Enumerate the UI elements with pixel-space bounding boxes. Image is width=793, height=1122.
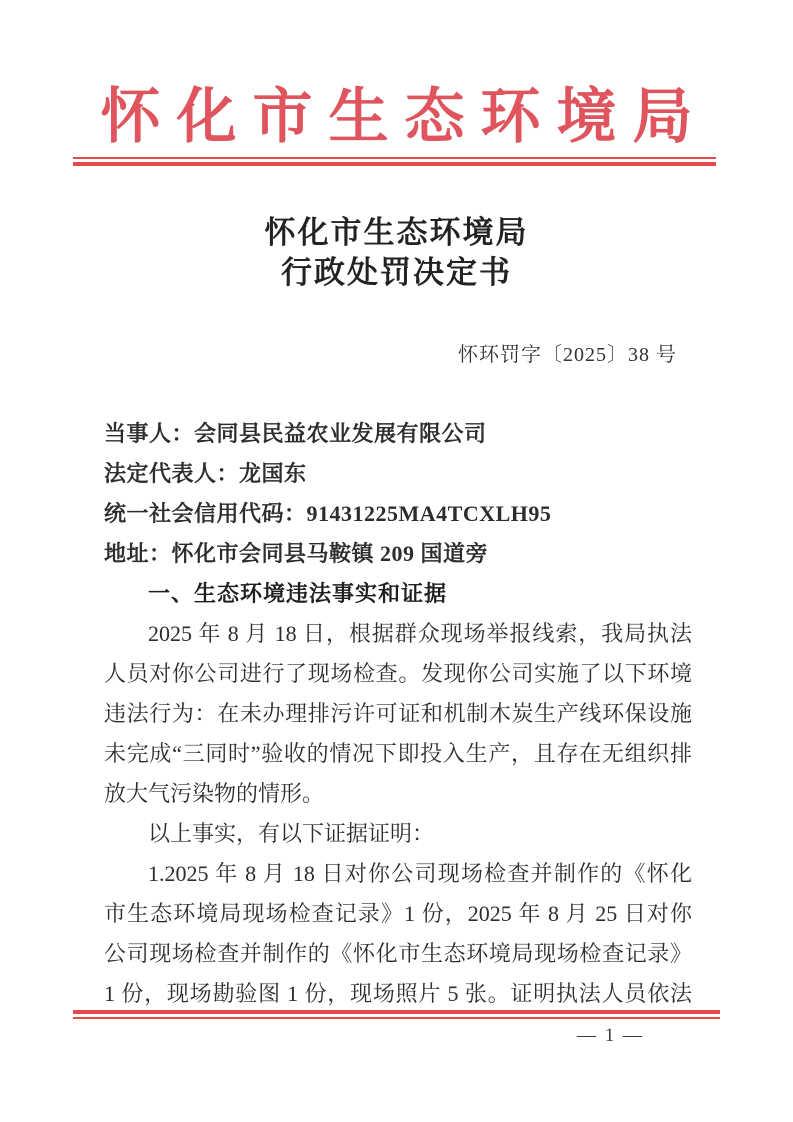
page-footer: — 1 —	[0, 1010, 793, 1047]
letterhead-double-rule	[73, 157, 716, 166]
letterhead: 怀化市生态环境局	[0, 80, 793, 166]
footer-rule-thin	[73, 1017, 720, 1019]
party-info-line: 法定代表人：龙国东	[104, 454, 692, 494]
section-heading: 一、生态环境违法事实和证据	[104, 574, 692, 614]
footer-rule-thick	[73, 1010, 720, 1014]
document-title: 怀化市生态环境局 行政处罚决定书	[0, 213, 793, 293]
footer-double-rule	[73, 1010, 720, 1019]
body-text-line: 未完成“三同时”验收的情况下即投入生产，且存在无组织排	[104, 734, 692, 774]
body-text-line: 1.2025 年 8 月 18 日对你公司现场检查并制作的《怀化	[104, 854, 692, 894]
party-info-line: 地址：怀化市会同县马鞍镇 209 国道旁	[104, 534, 692, 574]
party-info-line: 当事人：会同县民益农业发展有限公司	[104, 414, 692, 454]
letterhead-agency-name: 怀化市生态环境局	[0, 80, 793, 154]
body-text-line: 人员对你公司进行了现场检查。发现你公司实施了以下环境	[104, 654, 692, 694]
party-info-line: 统一社会信用代码：91431225MA4TCXLH95	[104, 494, 692, 534]
document-page: 怀化市生态环境局 怀化市生态环境局 行政处罚决定书 怀环罚字〔2025〕38 号…	[0, 0, 793, 1122]
body-paragraphs: 2025 年 8 月 18 日，根据群众现场举报线索，我局执法人员对你公司进行了…	[104, 614, 692, 1014]
party-info-block: 当事人：会同县民益农业发展有限公司法定代表人：龙国东统一社会信用代码：91431…	[104, 414, 692, 574]
body-text-line: 违法行为：在未办理排污许可证和机制木炭生产线环保设施	[104, 694, 692, 734]
letterhead-rule-thick	[73, 162, 716, 166]
document-title-line2: 行政处罚决定书	[0, 253, 793, 293]
letterhead-rule-thin	[73, 157, 716, 159]
body-text-line: 市生态环境局现场检查记录》1 份，2025 年 8 月 25 日对你	[104, 894, 692, 934]
body-text-line: 放大气污染物的情形。	[104, 774, 692, 814]
body-text-line: 以上事实，有以下证据证明：	[104, 814, 692, 854]
page-number: — 1 —	[0, 1025, 793, 1047]
body-text-line: 2025 年 8 月 18 日，根据群众现场举报线索，我局执法	[104, 614, 692, 654]
body-text-line: 1 份，现场勘验图 1 份，现场照片 5 张。证明执法人员依法	[104, 974, 692, 1014]
document-number: 怀环罚字〔2025〕38 号	[0, 342, 793, 368]
document-body: 当事人：会同县民益农业发展有限公司法定代表人：龙国东统一社会信用代码：91431…	[104, 414, 692, 1014]
document-title-line1: 怀化市生态环境局	[0, 213, 793, 253]
body-text-line: 公司现场检查并制作的《怀化市生态环境局现场检查记录》	[104, 934, 692, 974]
